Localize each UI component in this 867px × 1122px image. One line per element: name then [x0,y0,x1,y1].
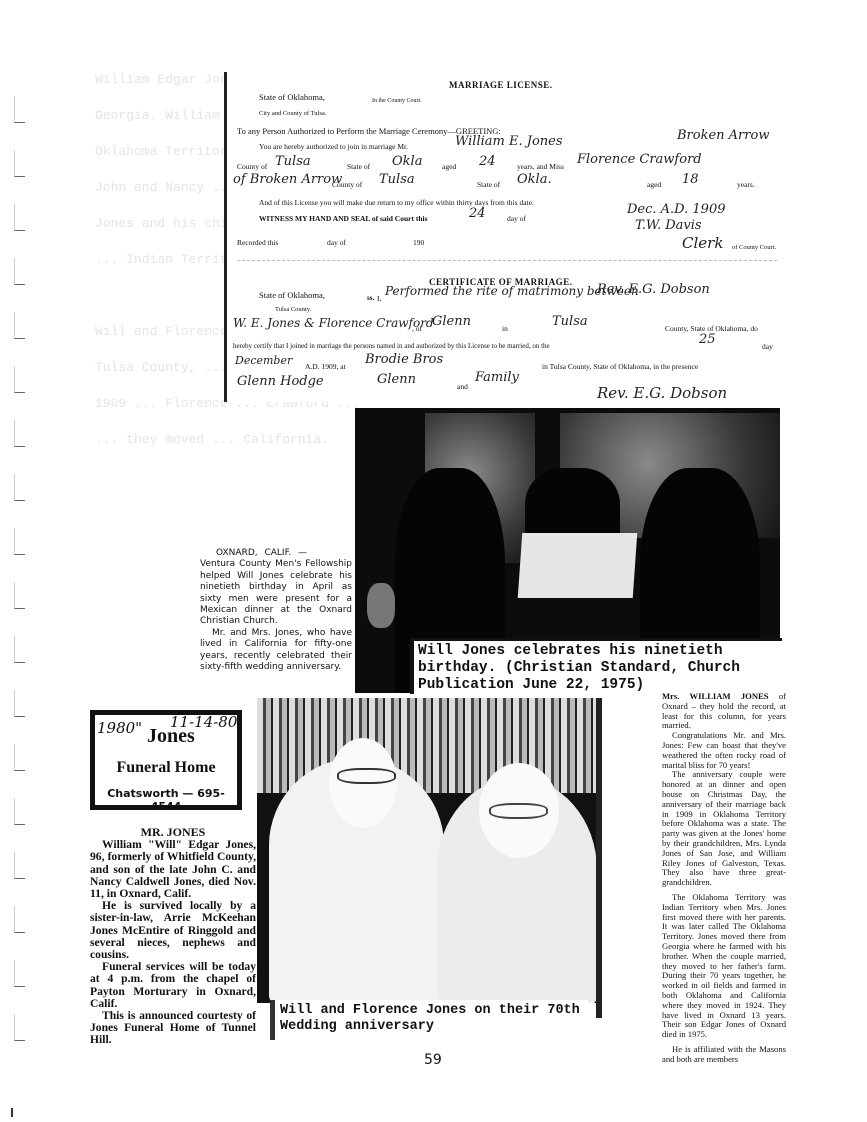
bride-name-handwritten: Florence Crawford [577,152,702,167]
label: and [457,382,468,391]
funeral-home-phone: Chatsworth — 695-4544 [95,787,237,813]
groom-age-handwritten: 24 [479,154,496,169]
binder-mark [14,528,25,555]
binder-mark [14,852,25,879]
binder-mark [14,960,25,987]
marriage-month-handwritten: December [235,354,292,367]
binder-mark [11,1108,13,1117]
flowers [367,583,395,628]
clerk-title-handwritten: Clerk [682,234,723,252]
page-number: 59 [424,1052,442,1068]
license-county: City and County of Tulsa. [259,110,326,117]
witness-place-handwritten: Glenn [377,372,416,387]
officiant-name-handwritten: Rev. E.G. Dobson [597,282,710,297]
label: , of [412,324,422,333]
license-recorded-text: Recorded this [237,238,278,247]
binder-mark [14,420,25,447]
marriage-license-document: MARRIAGE LICENSE. State of Oklahoma, In … [224,72,783,402]
ghost-line: ... they moved ... California. [95,432,329,447]
bride-age-handwritten: 18 [682,172,699,187]
binder-mark [14,690,25,717]
handwritten-year: 1980" [97,719,142,737]
obituary-paragraph: He is survived locally by a sister-in-la… [90,900,256,961]
witness-handwritten: Glenn Hodge [237,374,324,389]
label: State of [347,162,370,171]
place-handwritten: Glenn [432,314,471,329]
label: aged [647,180,661,189]
marriage-location-handwritten: Brodie Bros [365,352,443,367]
groom-state-handwritten: Okla [392,154,422,169]
label: in Tulsa County, State of Oklahoma, in t… [542,362,698,371]
officiant-signature: Rev. E.G. Dobson [597,384,727,402]
certificate-in-photo [518,533,638,598]
eyeglasses [337,768,396,784]
obituary: MR. JONES William "Will" Edgar Jones, 96… [90,826,256,1047]
photo-edge [596,698,602,1018]
funeral-home-subtitle: Funeral Home [95,759,237,777]
marriage-day-handwritten: 25 [699,332,716,347]
binder-mark [14,312,25,339]
license-witness-text: WITNESS MY HAND AND SEAL of said Court t… [259,214,428,223]
bride-residence-handwritten: of Broken Arrow [233,172,342,187]
witness-day-handwritten: 24 [469,206,486,221]
couple-names-handwritten: W. E. Jones & Florence Crawford [233,316,434,330]
certificate-county: Tulsa County. [275,306,311,313]
binder-mark [14,474,25,501]
license-title: MARRIAGE LICENSE. [449,80,553,90]
article-paragraph: He is affiliated with the Masons and bot… [662,1045,786,1065]
binder-mark [14,204,25,231]
binder-mark [14,366,25,393]
license-state: State of Oklahoma, [259,92,325,102]
binder-mark [14,906,25,933]
label: day of [327,238,346,247]
label: County of [237,162,267,171]
article-dateline: OXNARD, CALIF. — [200,548,352,559]
obituary-paragraph: This is announced courtesty of Jones Fun… [90,1010,256,1047]
article-paragraph: The anniversary couple were honored at a… [662,770,786,888]
county-handwritten: Tulsa [552,314,588,329]
article-paragraph: Mr. and Mrs. Jones, who have lived in Ca… [200,628,352,674]
label: State of [477,180,500,189]
binder-mark [14,1014,25,1041]
bride-county-handwritten: Tulsa [379,172,415,187]
bride-state-handwritten: Okla. [517,172,552,187]
license-court: In the County Court. [372,98,422,104]
groom-name-handwritten: William E. Jones [455,134,563,149]
binder-mark [14,636,25,663]
article-lead-name: Mrs. WILLIAM JONES [662,691,769,701]
label: ss. [367,294,374,302]
license-authorized-text: You are hereby authorized to join in mar… [259,142,408,151]
groom-county-handwritten: Tulsa [275,154,311,169]
label: 190 [413,238,424,247]
label: aged [442,162,456,171]
ghost-line: Oklahoma Territory. [95,144,243,159]
binder-mark [14,744,25,771]
label: day of [507,214,526,223]
obituary-paragraph: Funeral services will be today at 4 p.m.… [90,961,256,1010]
obituary-heading: MR. JONES [90,826,256,838]
certificate-state: State of Oklahoma, [259,290,325,300]
eyeglasses [489,803,548,819]
funeral-home-name: Jones [147,725,195,748]
label: years, and Miss [517,162,564,171]
obituary-paragraph: William "Will" Edgar Jones, 96, formerly… [90,839,256,900]
label: in [502,324,508,333]
label: County of [332,180,362,189]
label: of County Court. [732,244,776,251]
funeral-home-ad: 1980" 11-14-80 Jones Funeral Home Chatsw… [90,710,242,810]
binder-mark [14,798,25,825]
witness-date-handwritten: Dec. A.D. 1909 [627,202,726,217]
binder-mark [14,96,25,123]
binder-mark [14,258,25,285]
label: years. [737,180,755,189]
label: I, [377,294,381,303]
witness-handwritten: Family [475,370,519,385]
binder-mark [14,582,25,609]
label: day [762,342,773,351]
birthday-photo-caption: Will Jones celebrates his ninetieth birt… [410,638,782,694]
clerk-signature: T.W. Davis [635,218,702,233]
divider [237,260,777,261]
anniversary-photo-caption: Will and Florence Jones on their 70th We… [270,1000,588,1040]
label: A.D. 1909, at [305,362,346,371]
groom-residence-handwritten: Broken Arrow [677,128,769,143]
article-paragraph: The Oklahoma Territory was Indian Territ… [662,893,786,1040]
anniversary-photo [257,698,597,1003]
anniversary-article: Mrs. WILLIAM JONES of Oxnard – they hold… [662,692,786,1064]
binder-mark [14,150,25,177]
license-return-text: And of this License you will make due re… [259,198,534,207]
article-paragraph: Ventura County Men's Fellowship helped W… [200,559,352,627]
certificate-certify-text: hereby certify that I joined in marriage… [233,342,550,350]
article-paragraph: Congratulations Mr. and Mrs. Jones: Few … [662,731,786,770]
oxnard-article: OXNARD, CALIF. — Ventura County Men's Fe… [200,548,352,673]
